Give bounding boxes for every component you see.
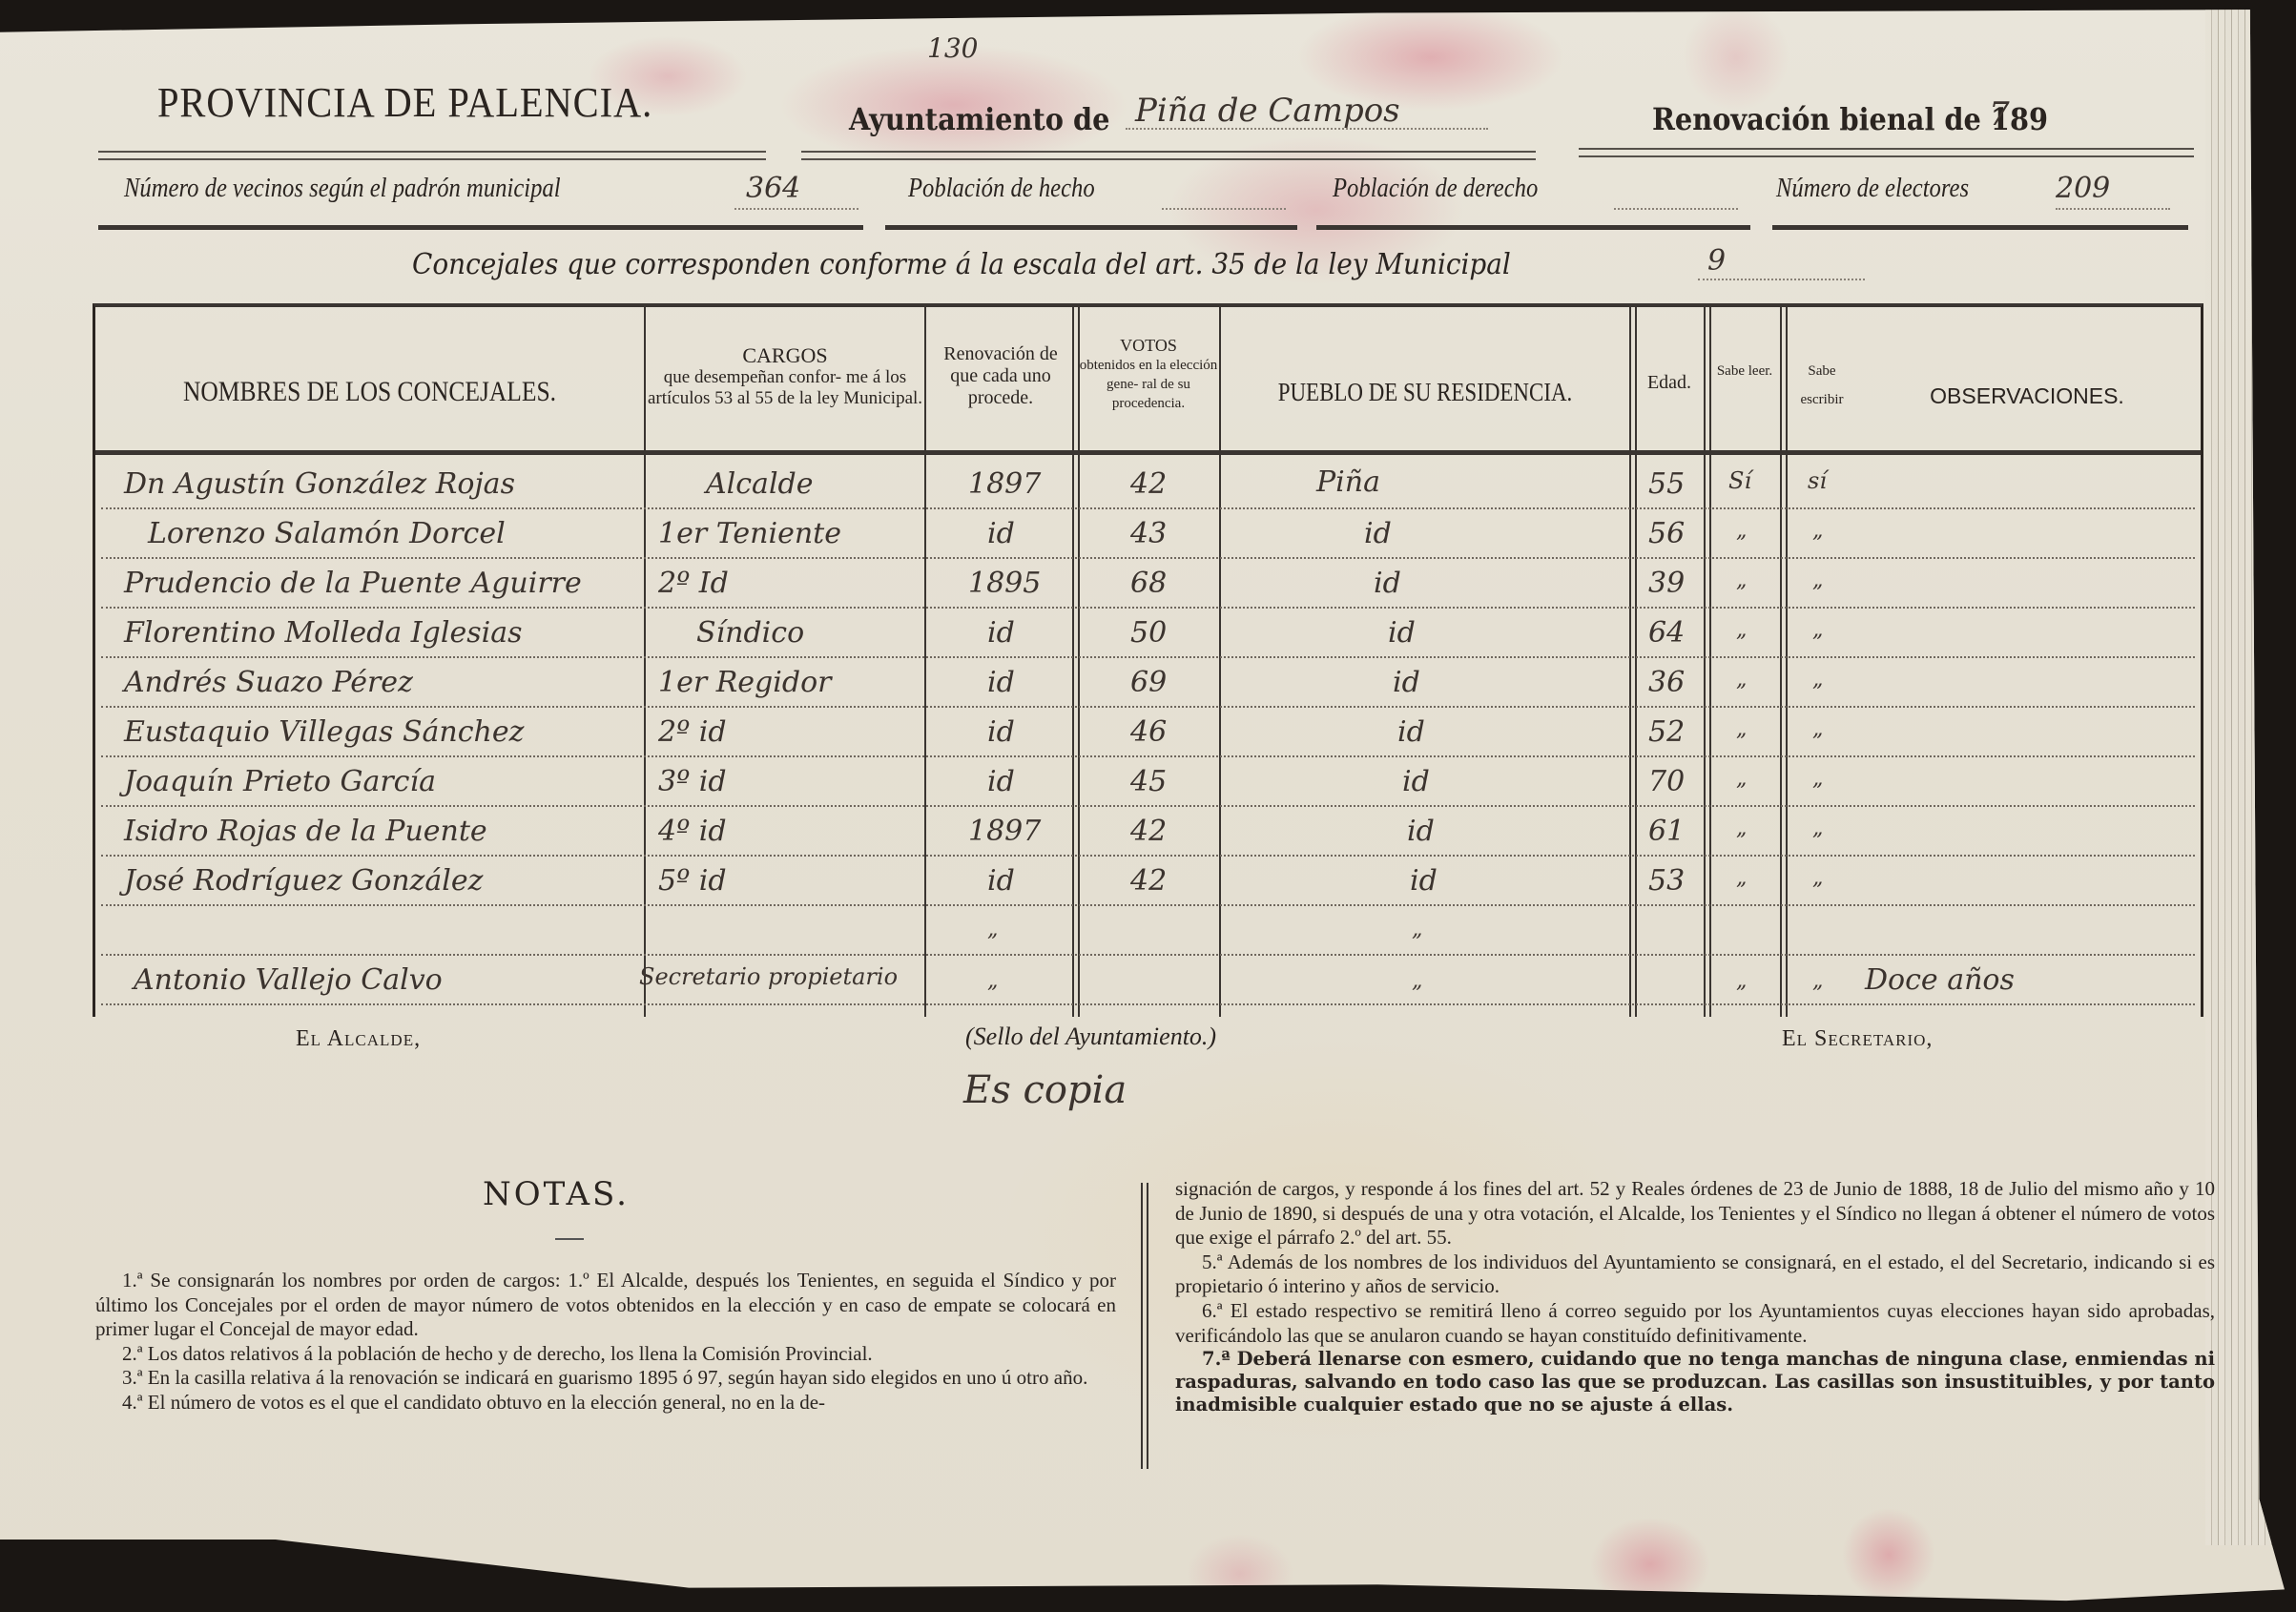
cell-nombre: Isidro Rojas de la Puente	[124, 815, 487, 848]
cell-votos: 69	[1130, 666, 1167, 699]
cell-nombre: Dn Agustín González Rojas	[124, 467, 515, 501]
cell-cargo: Alcalde	[706, 467, 814, 501]
header-cargos-title: CARGOS	[646, 343, 924, 367]
cell-renovacion: id	[987, 864, 1015, 898]
cell-pueblo: id	[1410, 864, 1438, 898]
cell-edad: 70	[1648, 765, 1685, 798]
poblacion-derecho-dotted-line	[1614, 208, 1738, 210]
cell-votos: 43	[1130, 517, 1167, 550]
cell-pueblo: id	[1374, 567, 1401, 600]
row-line	[101, 607, 2195, 609]
cell-sabe-leer: „	[1736, 618, 1747, 642]
cell-nombre: Antonio Vallejo Calvo	[134, 963, 443, 997]
note-5: 5.ª Además de los nombres de los individ…	[1175, 1250, 2215, 1299]
cell-votos: 46	[1130, 715, 1167, 749]
cell-pueblo: id	[1402, 765, 1430, 798]
concejales-value: 9	[1707, 244, 1726, 278]
cell-pueblo: id	[1388, 616, 1416, 650]
header-rule	[98, 151, 766, 160]
cell-sabe-escribir: sí	[1808, 467, 1827, 494]
cell-sabe-leer: „	[1736, 568, 1747, 592]
cell-cargo: 1er Teniente	[658, 517, 841, 550]
electores-value: 209	[2056, 172, 2110, 205]
electores-dotted-line	[2056, 208, 2170, 210]
header-sabe-leer: Sabe leer.	[1709, 357, 1780, 385]
cell-nombre: José Rodríguez González	[124, 864, 483, 898]
note-3: 3.ª En la casilla relativa á la renovaci…	[95, 1366, 1116, 1391]
cell-sabe-escribir: „	[1812, 668, 1823, 692]
cell-sabe-escribir: „	[1812, 816, 1823, 840]
col-divider	[644, 307, 646, 1017]
note-6: 6.ª El estado respectivo se remitirá lle…	[1175, 1299, 2215, 1348]
secretario-signature-label: El Secretario,	[1782, 1026, 1933, 1052]
cell-votos: 42	[1130, 864, 1167, 898]
cell-votos: 50	[1130, 616, 1167, 650]
cell-cargo: Secretario propietario	[639, 963, 898, 990]
note-4: 4.ª El número de votos es el que el cand…	[95, 1391, 1116, 1416]
cell-sabe-leer: „	[1736, 866, 1747, 890]
cell-renovacion: 1897	[968, 815, 1041, 848]
cell-nombre: Andrés Suazo Pérez	[124, 666, 413, 699]
cell-cargo: 1er Regidor	[658, 666, 831, 699]
cell-renovacion: id	[987, 616, 1015, 650]
cell-renovacion: id	[987, 666, 1015, 699]
cell-sabe-leer: Sí	[1728, 467, 1751, 494]
header-bottom-rule	[95, 450, 2201, 455]
cell-sabe-leer: „	[1736, 969, 1747, 993]
row-line	[101, 855, 2195, 857]
province-title: PROVINCIA DE PALENCIA.	[157, 78, 652, 127]
cell-sabe-leer: „	[1736, 816, 1747, 840]
ayuntamiento-value: Piña de Campos	[1135, 92, 1400, 130]
cell-edad: 53	[1648, 864, 1685, 898]
cell-nombre: Florentino Molleda Iglesias	[124, 616, 522, 650]
cell-edad: 39	[1648, 567, 1685, 600]
header-cargos: CARGOS que desempeñan confor- me á los a…	[646, 343, 924, 409]
cell-sabe-leer: „	[1736, 668, 1747, 692]
cell-cargo: Síndico	[696, 616, 804, 650]
header-sabe-escribir: Sabe escribir	[1786, 357, 1858, 414]
cell-edad: 52	[1648, 715, 1685, 749]
header-rule	[1579, 148, 2194, 157]
cell-renovacion: id	[987, 765, 1015, 798]
cell-sabe-escribir: „	[1812, 866, 1823, 890]
cell-observaciones: Doce años	[1865, 963, 2015, 997]
cell-sabe-escribir: „	[1812, 618, 1823, 642]
fields-rule	[1316, 225, 1750, 230]
renovacion-year-value: 7	[1989, 95, 2010, 134]
sello-label: (Sello del Ayuntamiento.)	[965, 1023, 1216, 1051]
cell-renovacion: „	[987, 969, 998, 993]
cell-pueblo: id	[1397, 715, 1425, 749]
cell-edad: 55	[1648, 467, 1685, 501]
cell-pueblo: id	[1393, 666, 1420, 699]
header-nombres: NOMBRES DE LOS CONCEJALES.	[136, 376, 603, 409]
vecinos-label: Número de vecinos según el padrón munici…	[124, 174, 561, 204]
header-votos-sub: obtenidos en la elección gene- ral de su…	[1078, 356, 1219, 414]
es-copia-annotation: Es copia	[963, 1068, 1127, 1112]
cell-pueblo: id	[1364, 517, 1392, 550]
cell-sabe-leer: „	[1736, 767, 1747, 791]
vecinos-dotted-line	[734, 208, 858, 210]
poblacion-derecho-label: Población de derecho	[1333, 174, 1538, 204]
fields-rule	[885, 225, 1297, 230]
notes-right-column: signación de cargos, y responde á los fi…	[1175, 1177, 2215, 1416]
electores-label: Número de electores	[1776, 174, 1969, 204]
cell-cargo: 4º id	[658, 815, 727, 848]
document-page: 130 PROVINCIA DE PALENCIA. Ayuntamiento …	[0, 0, 2296, 1612]
cell-votos: 45	[1130, 765, 1167, 798]
header-renovacion: Renovación de que cada uno procede.	[930, 343, 1071, 409]
cell-renovacion: id	[987, 517, 1015, 550]
note-2: 2.ª Los datos relativos á la población d…	[95, 1342, 1116, 1367]
row-line	[101, 1003, 2195, 1005]
row-line	[101, 656, 2195, 658]
row-line	[101, 706, 2195, 708]
cell-renovacion: 1895	[968, 567, 1041, 600]
header-observaciones: OBSERVACIONES.	[1860, 383, 2194, 408]
ayuntamiento-label: Ayuntamiento de	[849, 101, 1109, 137]
cell-pueblo: Piña	[1316, 465, 1380, 499]
cell-sabe-leer: „	[1736, 717, 1747, 741]
notes-title: NOTAS.	[483, 1175, 630, 1213]
cell-renovacion: 1897	[968, 467, 1041, 501]
cell-votos: 42	[1130, 467, 1167, 501]
notes-column-divider	[1141, 1183, 1148, 1469]
vecinos-value: 364	[746, 172, 800, 205]
note-1: 1.ª Se consignarán los nombres por orden…	[95, 1269, 1116, 1342]
col-divider	[1219, 307, 1221, 1017]
col-divider	[1072, 307, 1080, 1017]
alcalde-signature-label: El Alcalde,	[296, 1026, 421, 1052]
cell-edad: 56	[1648, 517, 1685, 550]
cell-edad: 61	[1648, 815, 1685, 848]
cell-nombre: Prudencio de la Puente Aguirre	[124, 567, 582, 600]
row-line	[101, 557, 2195, 559]
row-line	[101, 755, 2195, 757]
concejales-dotted-line	[1698, 279, 1865, 280]
row-line	[101, 507, 2195, 509]
col-divider	[1629, 307, 1637, 1017]
cell-sabe-escribir: „	[1812, 568, 1823, 592]
concejales-scale-label: Concejales que corresponden conforme á l…	[412, 248, 1511, 281]
cell-votos: 42	[1130, 815, 1167, 848]
cell-pueblo: id	[1407, 815, 1435, 848]
cell-sabe-leer: „	[1736, 519, 1747, 543]
note-4-continued: signación de cargos, y responde á los fi…	[1175, 1177, 2215, 1250]
cell-cargo: 3º id	[658, 765, 727, 798]
cell-nombre: Lorenzo Salamón Dorcel	[148, 517, 506, 550]
header-cargos-sub: que desempeñan confor- me á los artículo…	[646, 367, 924, 409]
cell-edad: 64	[1648, 616, 1685, 650]
notes-title-rule	[555, 1238, 584, 1240]
cell-sabe-escribir: „	[1812, 767, 1823, 791]
fields-rule	[1772, 225, 2188, 230]
cell-sabe-escribir: „	[1812, 717, 1823, 741]
folio-number: 130	[927, 32, 978, 64]
cell-pueblo: „	[1412, 969, 1422, 993]
cell-sabe-escribir: „	[1812, 969, 1823, 993]
header-votos: VOTOS obtenidos en la elección gene- ral…	[1078, 336, 1219, 413]
row-line	[101, 954, 2195, 956]
col-divider	[924, 307, 926, 1017]
poblacion-hecho-dotted-line	[1162, 208, 1286, 210]
header-edad: Edad.	[1635, 372, 1704, 394]
cell-renovacion: id	[987, 715, 1015, 749]
header-votos-title: VOTOS	[1078, 336, 1219, 356]
cell-sabe-escribir: „	[1812, 519, 1823, 543]
cell-edad: 36	[1648, 666, 1685, 699]
note-7: 7.ª Deberá llenarse con esmero, cuidando…	[1175, 1348, 2215, 1416]
cell-nombre: Eustaquio Villegas Sánchez	[124, 715, 524, 749]
cell-cargo: 5º id	[658, 864, 727, 898]
header-pueblo: PUEBLO DE SU RESIDENCIA.	[1251, 378, 1599, 407]
fields-rule	[98, 225, 863, 230]
ayuntamiento-dotted-line	[1126, 128, 1488, 130]
row-line	[101, 805, 2195, 807]
concejales-table: NOMBRES DE LOS CONCEJALES. CARGOS que de…	[93, 303, 2203, 1017]
cell-cargo: 2º id	[658, 715, 727, 749]
row-line	[101, 904, 2195, 906]
cell-renovacion: „	[987, 918, 998, 941]
cell-pueblo: „	[1412, 918, 1422, 941]
cell-cargo: 2º Id	[658, 567, 729, 600]
book-page-edges	[2205, 0, 2296, 1545]
header-rule	[801, 151, 1536, 160]
cell-nombre: Joaquín Prieto García	[124, 765, 436, 798]
cell-votos: 68	[1130, 567, 1167, 600]
notes-left-column: 1.ª Se consignarán los nombres por orden…	[95, 1269, 1116, 1416]
col-divider	[1704, 307, 1711, 1017]
poblacion-hecho-label: Población de hecho	[908, 174, 1095, 204]
